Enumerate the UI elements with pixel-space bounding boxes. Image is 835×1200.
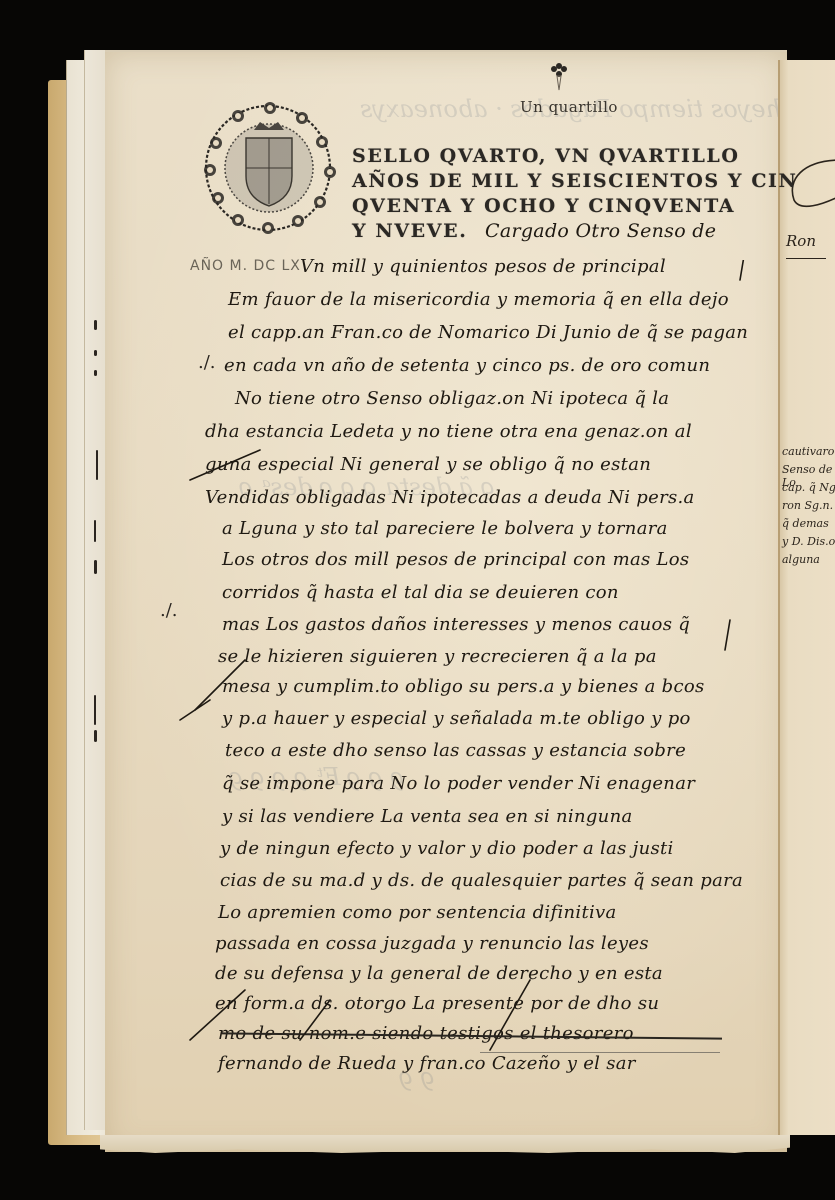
facing-fragment: cautivaro	[782, 445, 834, 458]
facing-fragment: ron Sg.n.	[782, 499, 833, 512]
printed-header-line: QVENTA Y OCHO Y CINQVENTA	[352, 195, 735, 217]
pen-flourishes-icon	[170, 260, 770, 1060]
royal-coat-of-arms-seal-icon	[196, 98, 346, 238]
printed-header-line: AÑOS DE MIL Y SEISCIENTOS Y CIN	[352, 170, 798, 192]
facing-fragment: q̃ demas	[782, 517, 829, 530]
facing-underline	[786, 258, 826, 259]
facing-fragment: cap. q̃ Ng	[782, 481, 835, 494]
facing-page: Ron cautivaro Senso de Lo cap. q̃ Ng ron…	[778, 60, 835, 1135]
handwritten-line: Cargado Otro Senso de	[485, 220, 716, 242]
facing-fragment: alguna	[782, 553, 820, 566]
facing-fragment: y D. Dis.o	[782, 535, 835, 548]
cross-fleury-icon	[548, 62, 570, 92]
printed-header-line: SELLO QVARTO, VN QVARTILLO	[352, 145, 740, 167]
facing-fragment: Ron	[786, 232, 816, 250]
printed-header-line: Y NVEVE.	[352, 220, 467, 242]
stamp-denomination: Un quartillo	[520, 98, 618, 116]
